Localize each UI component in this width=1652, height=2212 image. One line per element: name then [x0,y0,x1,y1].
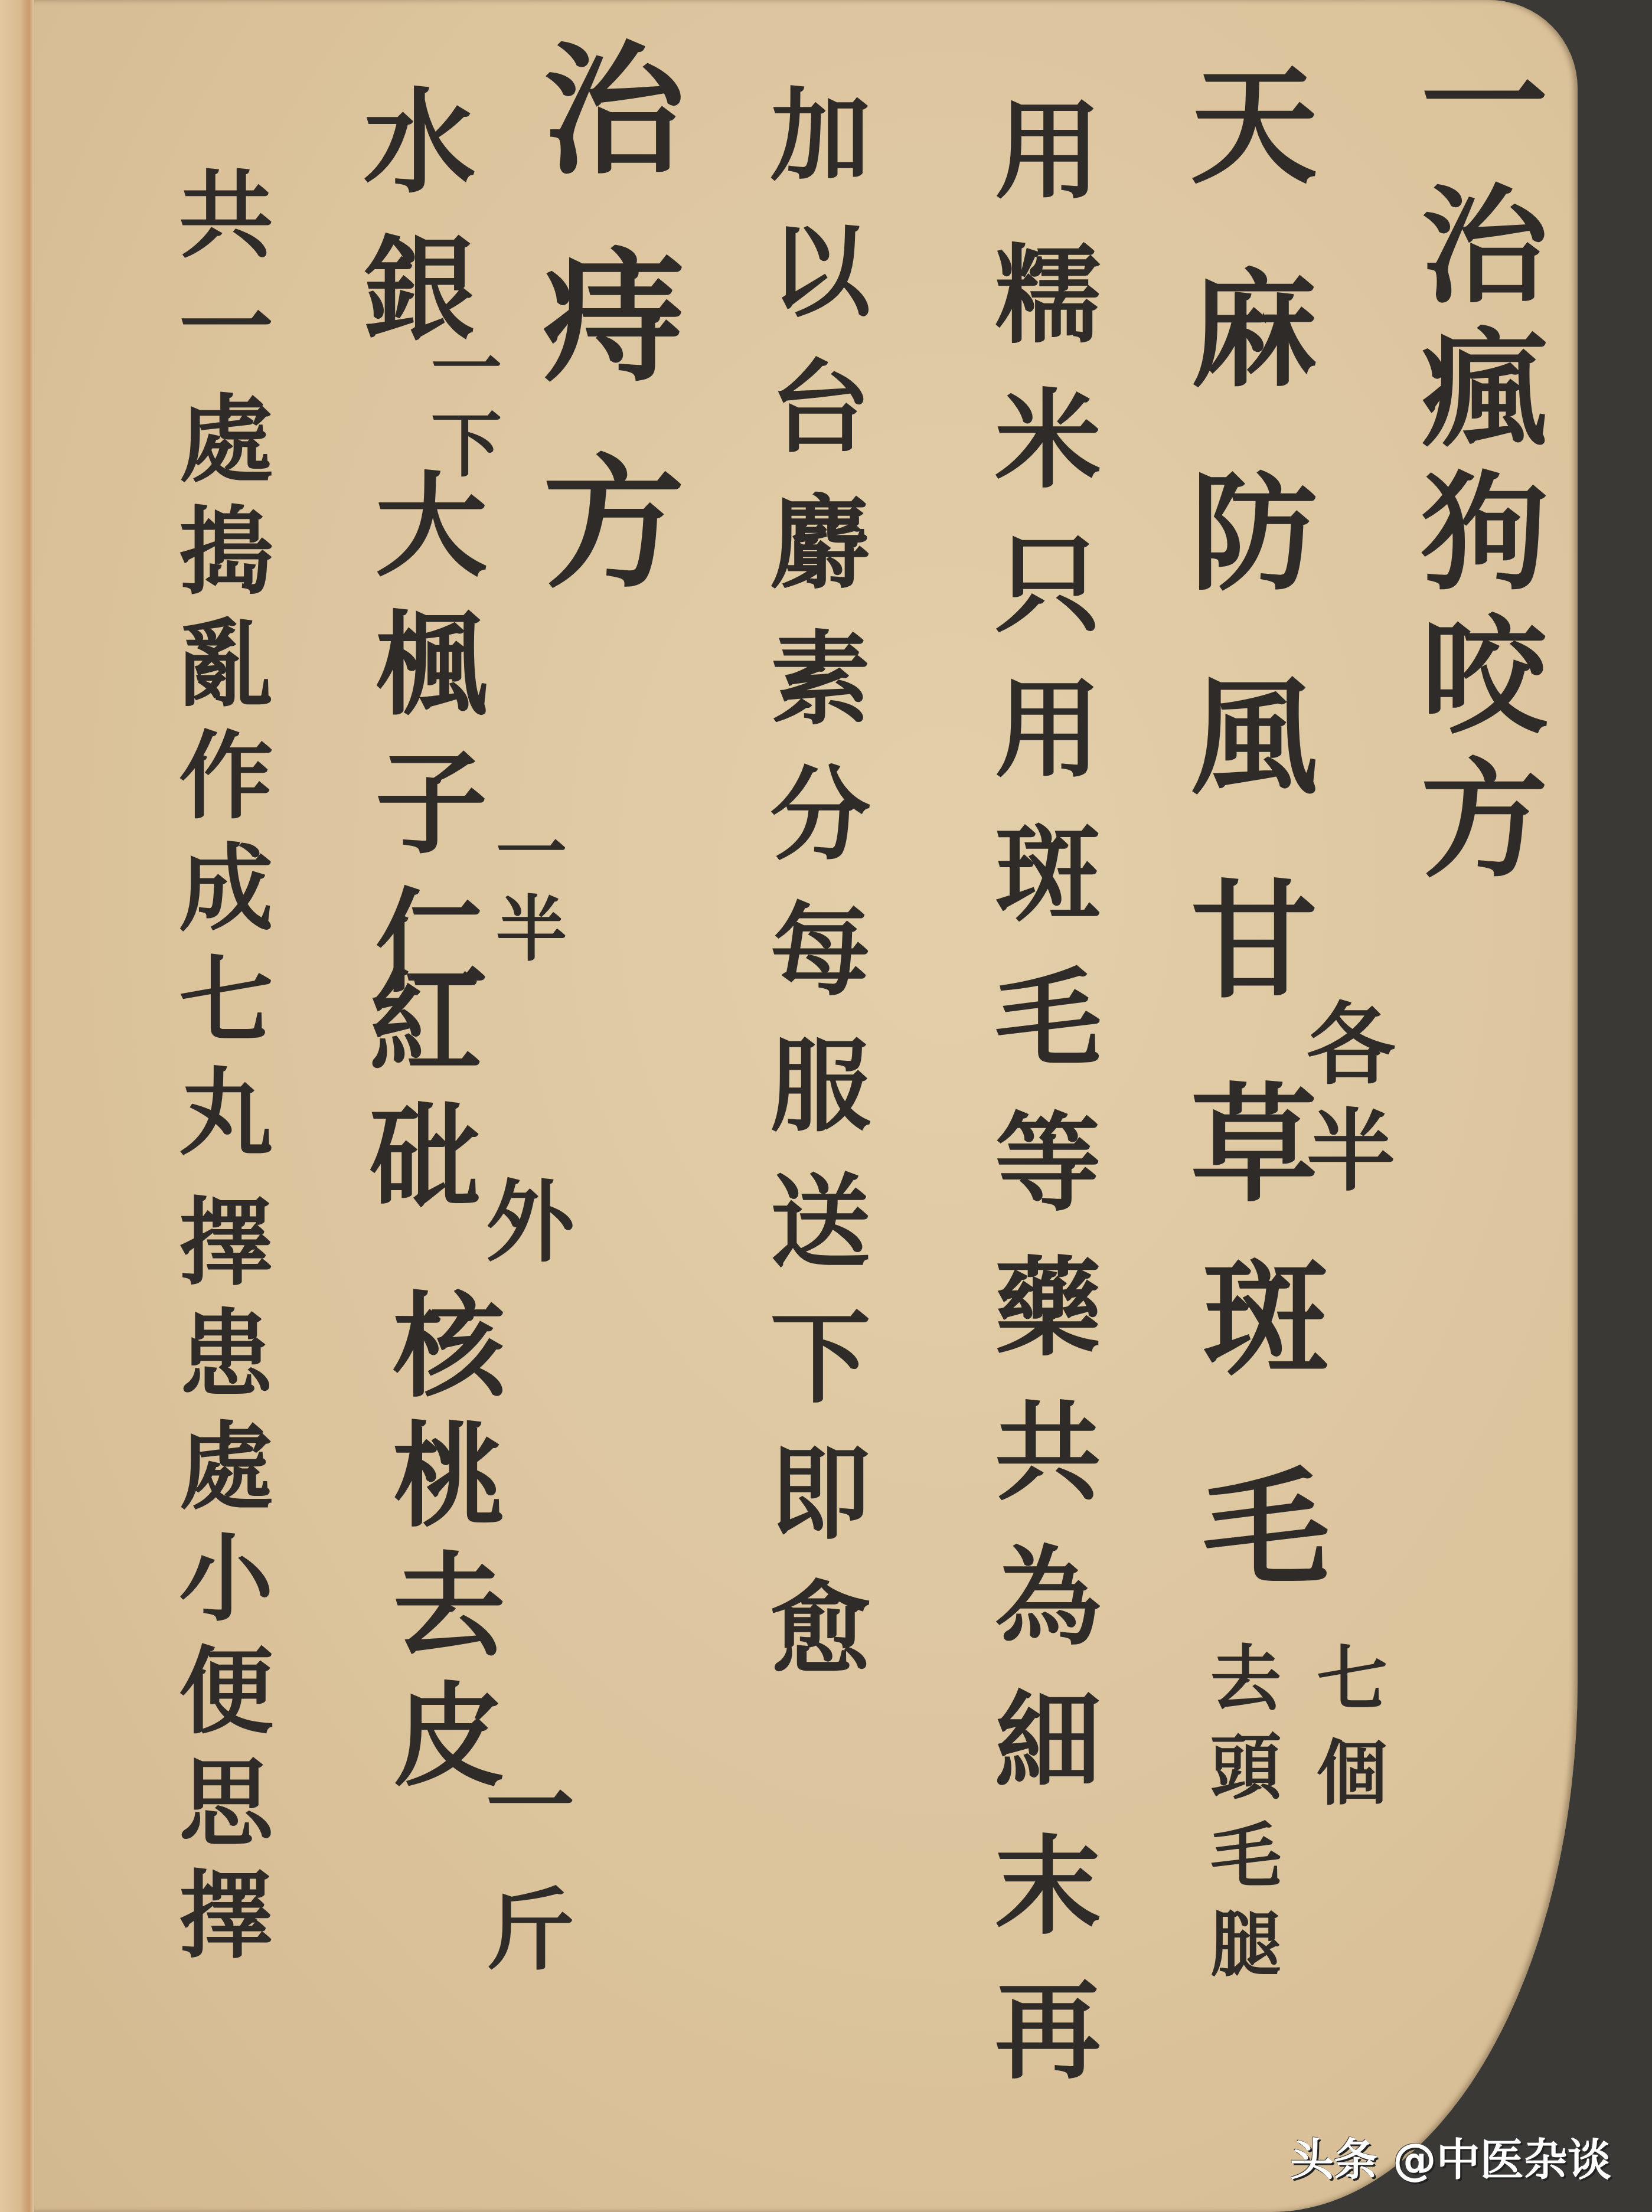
column-6-item-arsenic-qty: 外 [478,1175,567,1274]
column-6-item-chaulmoogra-qty: 一半 [490,815,561,968]
page-binding-edge [0,0,34,2212]
column-2-main-bottom: 斑毛 [1193,1252,1320,1671]
column-2-annotation-count: 七個 [1311,1641,1382,1830]
column-6-item-mercury-qty: 一下 [425,331,496,484]
column-6-item-arsenic: 紅砒 [360,962,472,1234]
column-2-annotation-each-half: 各半 [1299,998,1387,1210]
column-7-text-top: 共一處搗亂作成七丸 [171,165,266,1175]
column-5-title: 治痔方 [531,35,673,655]
column-3-text: 用糯米只用斑毛等藥共為細末再 [986,94,1092,2119]
column-7-text-bottom: 擇患處小便思擇 [171,1192,266,1978]
manuscript-page: 一治瘋狗咬方 天麻防風甘草 各半 斑毛 七個 去頭毛腿 用糯米只用斑毛等藥共為細… [0,0,1578,2212]
column-2-main-top: 天麻防風甘草 [1181,59,1308,1281]
column-1-title: 一治瘋狗咬方 [1411,35,1538,896]
column-6-item-walnut-qty: 一斤 [478,1759,567,2007]
watermark-label: 头条 @中医杂谈 [1290,2125,1611,2188]
column-6-item-walnut: 核桃去皮 [384,1287,496,1806]
column-6-item-chaulmoogra: 大楓子仁 [366,466,478,1021]
column-2-annotation-preparation: 去頭毛腿 [1204,1641,1275,1995]
column-4-text: 加以台麝素分每服送下即愈 [762,83,862,1712]
